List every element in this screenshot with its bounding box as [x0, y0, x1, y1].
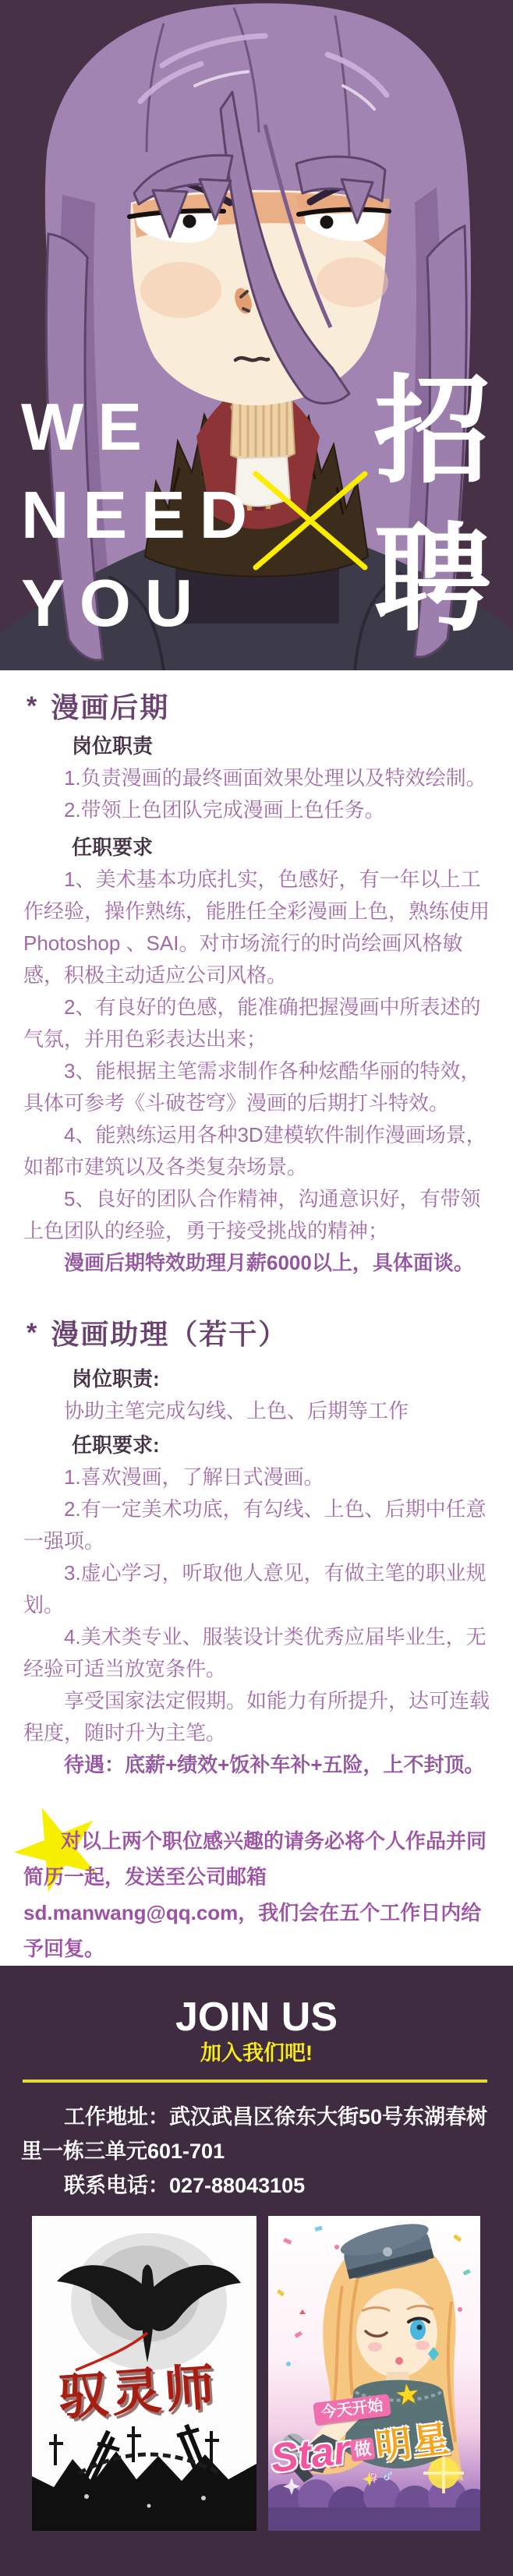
- application-instructions: 对以上两个职位感兴趣的请务必将个人作品并同简历一起，发送至公司邮箱sd.manw…: [23, 1823, 491, 1966]
- requirement-item: 1、美术基本功底扎实，色感好，有一年以上工作经验，操作熟练，能胜任全彩漫画上色，…: [23, 864, 491, 991]
- requirement-item: 1.喜欢漫画，了解日式漫画。: [23, 1461, 491, 1493]
- headline-line: YOU: [21, 560, 261, 648]
- male-symbol-icon: ♂: [379, 2464, 395, 2486]
- requirement-item: 享受国家法定假期。如能力有所提升，达可连载程度，随时升为主笔。: [23, 1685, 491, 1749]
- vertical-title-char: 招: [372, 357, 493, 505]
- salary-emphasis: 漫画后期特效助理月薪6000以上，具体面谈。: [23, 1247, 491, 1279]
- duty-heading: 岗位职责: [23, 730, 491, 762]
- job-title-houqi: *漫画后期: [23, 691, 491, 726]
- work-address: 工作地址：武汉武昌区徐东大街50号东湖春树里一栋三单元601-701: [21, 2100, 504, 2168]
- cover-title: 驭灵师: [57, 2360, 219, 2426]
- cover-word-zuo: 做: [350, 2437, 376, 2461]
- headline-line: WE: [21, 383, 261, 472]
- contact-block: 工作地址：武汉武昌区徐东大街50号东湖春树里一栋三单元601-701 联系电话：…: [21, 2100, 504, 2203]
- duty-item: 2.带领上色团队完成漫画上色任务。: [23, 794, 491, 826]
- join-us-subtitle: 加入我们吧!: [0, 2041, 513, 2065]
- comic-cover-star: 今天开始 ★ Star做明星 ♀♂: [268, 2216, 480, 2531]
- divider-line: [23, 2080, 487, 2083]
- contact-phone: 联系电话：027-88043105: [21, 2168, 504, 2203]
- duty-item: 协助主笔完成勾线、上色、后期等工作: [23, 1395, 491, 1427]
- join-us-title: JOIN US: [0, 1995, 513, 2039]
- hero-headline: WE NEED YOU: [21, 383, 261, 648]
- requirement-item: 2、有良好的色感，能准确把握漫画中所表述的气氛，并用色彩表达出来；: [23, 991, 491, 1055]
- headline-line: NEED: [21, 472, 261, 560]
- benefits-emphasis: 待遇：底薪+绩效+饭补车补+五险，上不封顶。: [23, 1749, 491, 1781]
- requirement-item: 5、良好的团队合作精神，沟通意识好，有带领上色团队的经验，勇于接受挑战的精神；: [23, 1183, 491, 1247]
- asterisk-icon: *: [27, 689, 38, 723]
- hero-vertical-title: 招 聘: [372, 357, 493, 653]
- requirement-item: 3、能根据主笔需求制作各种炫酷华丽的特效，具体可参考《斗破苍穹》漫画的后期打斗特…: [23, 1055, 491, 1119]
- footer-section: JOIN US 加入我们吧! 工作地址：武汉武昌区徐东大街50号东湖春树里一栋三…: [0, 1966, 513, 2576]
- vertical-title-char: 聘: [372, 505, 493, 653]
- application-callout: 对以上两个职位感兴趣的请务必将个人作品并同简历一起，发送至公司邮箱sd.manw…: [23, 1823, 491, 1966]
- duty-heading: 岗位职责:: [23, 1363, 491, 1395]
- requirement-item: 4、能熟练运用各种3D建模软件制作漫画场景，如都市建筑以及各类复杂场景。: [23, 1119, 491, 1183]
- star-icon: ★: [394, 2379, 422, 2410]
- comic-cover-yulingshi: 驭灵师: [32, 2216, 256, 2531]
- cross-mark-icon: [249, 466, 371, 575]
- job-listings: *漫画后期 岗位职责 1.负责漫画的最终画面效果处理以及特效绘制。 2.带领上色…: [0, 670, 513, 1966]
- hero-section: WE NEED YOU 招 聘: [0, 0, 513, 670]
- requirement-item: 4.美术类专业、服装设计类优秀应届毕业生，无经验可适当放宽条件。: [23, 1621, 491, 1685]
- requirement-heading: 任职要求:: [23, 1429, 491, 1461]
- requirement-item: 2.有一定美术功底，有勾线、上色、后期中任意一强项。: [23, 1493, 491, 1557]
- job-title-text: 漫画助理（若干）: [51, 1318, 288, 1350]
- duty-item: 1.负责漫画的最终画面效果处理以及特效绘制。: [23, 762, 491, 794]
- requirement-heading: 任职要求: [23, 832, 491, 864]
- cover-word-mingxing: 明星: [373, 2418, 453, 2467]
- job-title-zhuli: *漫画助理（若干）: [23, 1317, 491, 1352]
- cover-word-star: Star: [268, 2427, 352, 2482]
- requirement-item: 3.虚心学习，听取他人意见，有做主笔的职业规划。: [23, 1557, 491, 1621]
- job-title-text: 漫画后期: [51, 691, 169, 723]
- recruitment-poster: WE NEED YOU 招 聘 *漫画后期 岗位职责 1.负责漫画的最终画面效果…: [0, 0, 513, 2576]
- asterisk-icon: *: [27, 1316, 38, 1350]
